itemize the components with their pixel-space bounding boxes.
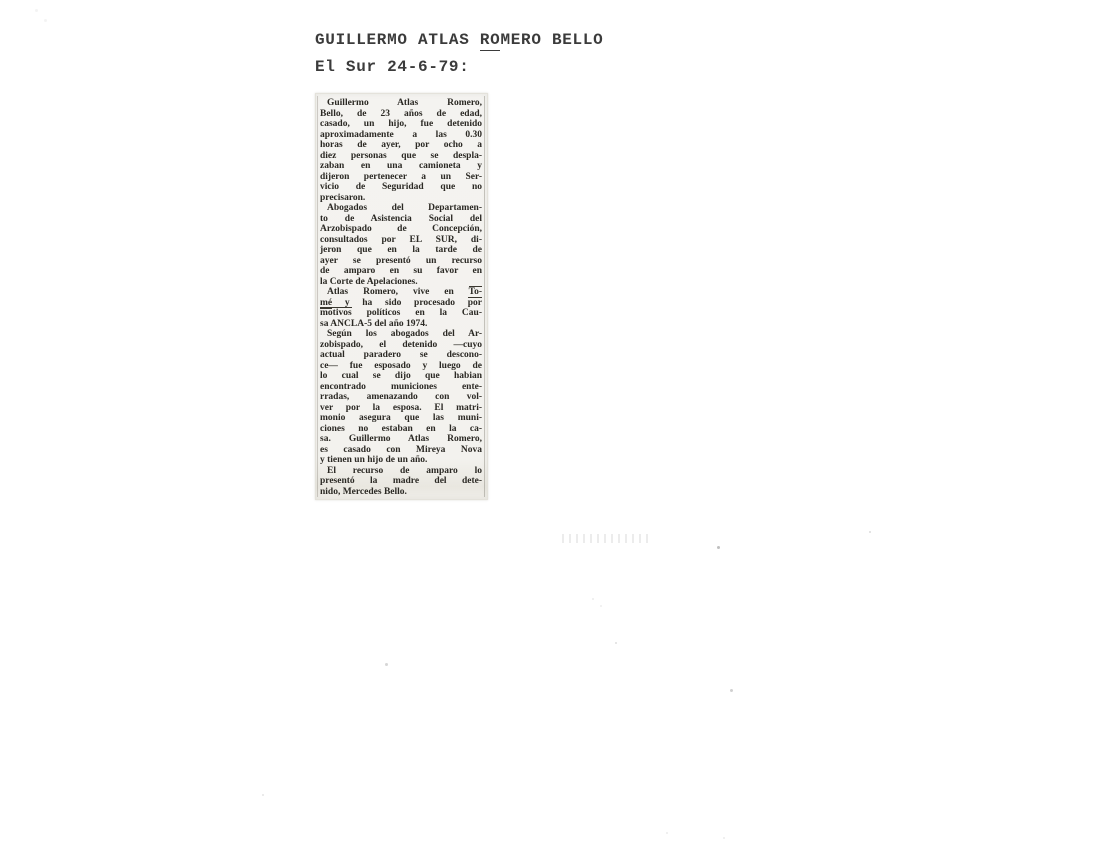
clipping-line: ce— fue esposado y luego de	[320, 361, 482, 372]
clipping-line: dijeron pertenecer a un Ser-	[320, 172, 482, 183]
clipping-line: El recurso de amparo lo	[320, 466, 482, 477]
scan-artifact	[869, 531, 871, 533]
text-segment: encontrado municiones ente-	[320, 382, 482, 392]
marked-text: por	[468, 297, 482, 308]
clipping-line: Atlas Romero, vive en To-	[320, 287, 482, 298]
text-segment: Arzobispado de Concepción,	[320, 224, 482, 234]
clipping-line: zobispado, el detenido —cuyo	[320, 340, 482, 351]
title-part-pre: GUILLERMO ATLAS	[315, 31, 480, 49]
text-segment: es casado con Mireya Nova	[320, 445, 482, 455]
clipping-line: casado, un hijo, fue detenido	[320, 119, 482, 130]
clipping-line: la Corte de Apelaciones.	[320, 277, 482, 288]
text-segment: vicio de Seguridad que no	[320, 182, 482, 192]
clipping-line: rradas, amenazando con vol-	[320, 392, 482, 403]
scan-artifact	[615, 642, 617, 644]
text-segment: Abogados del Departamen-	[327, 203, 482, 213]
text-segment: ver por la esposa. El matri-	[320, 403, 482, 413]
clipping-line: aproximadamente a las 0.30	[320, 130, 482, 141]
clipping-line: Abogados del Departamen-	[320, 203, 482, 214]
text-segment: zobispado, el detenido —cuyo	[320, 340, 482, 350]
scan-artifact	[385, 663, 388, 666]
clipping-line: sa. Guillermo Atlas Romero,	[320, 434, 482, 445]
text-segment: Atlas Romero, vive en	[327, 287, 469, 297]
scan-artifact	[730, 689, 733, 692]
clipping-line: diez personas que se despla-	[320, 151, 482, 162]
clipping-line: de amparo en su favor en	[320, 266, 482, 277]
clipping-line: es casado con Mireya Nova	[320, 445, 482, 456]
marked-text: To-	[469, 286, 482, 297]
title-part-underlined: RO	[480, 31, 501, 51]
text-segment: políticos en la Cau-	[352, 308, 482, 318]
text-segment: Según los abogados del Ar-	[327, 329, 482, 339]
text-segment: El recurso de amparo lo	[327, 466, 482, 476]
text-segment: dijeron pertenecer a un Ser-	[320, 172, 482, 182]
text-segment: diez personas que se despla-	[320, 151, 482, 161]
clipping-line: nido, Mercedes Bello.	[320, 487, 482, 498]
news-clipping: Guillermo Atlas Romero,Bello, de 23 años…	[315, 93, 488, 500]
text-segment: sa ANCLA-5 del año 1974.	[320, 319, 427, 329]
text-segment: zaban en una camioneta y	[320, 161, 482, 171]
text-segment: ce— fue esposado y luego de	[320, 361, 482, 371]
text-segment: Bello, de 23 años de edad,	[320, 109, 482, 119]
scan-artifact	[592, 598, 594, 600]
text-segment: rradas, amenazando con vol-	[320, 392, 482, 402]
scan-artifact	[717, 546, 720, 549]
clipping-line: vicio de Seguridad que no	[320, 182, 482, 193]
scan-artifact	[35, 9, 38, 12]
clipping-line: ciones no estaban en la ca-	[320, 424, 482, 435]
clipping-line: sa ANCLA-5 del año 1974.	[320, 319, 482, 330]
scan-artifact	[262, 794, 264, 796]
scan-artifact	[666, 832, 668, 834]
text-segment: actual paradero se descono-	[320, 350, 482, 360]
clipping-line: Arzobispado de Concepción,	[320, 224, 482, 235]
text-segment: precisaron.	[320, 193, 365, 203]
clipping-line: to de Asistencia Social del	[320, 214, 482, 225]
clipping-line: jeron que en la tarde de	[320, 245, 482, 256]
clipping-line: Bello, de 23 años de edad,	[320, 109, 482, 120]
text-segment: presentó la madre del dete-	[320, 476, 482, 486]
scan-artifact	[723, 837, 725, 839]
text-segment: y tienen un hijo de un año.	[320, 455, 427, 465]
clipping-line: horas de ayer, por ocho a	[320, 140, 482, 151]
text-segment: nido, Mercedes Bello.	[320, 487, 407, 497]
scanned-page: GUILLERMO ATLAS ROMERO BELLO El Sur 24-6…	[0, 0, 1100, 850]
text-segment: lo cual se dijo que habian	[320, 371, 482, 381]
clipping-line: ver por la esposa. El matri-	[320, 403, 482, 414]
text-segment: ayer se presentó un recurso	[320, 256, 482, 266]
clipping-line: precisaron.	[320, 193, 482, 204]
clipping-line: Según los abogados del Ar-	[320, 329, 482, 340]
text-segment: to de Asistencia Social del	[320, 214, 482, 224]
marked-text: motivos	[320, 307, 352, 318]
text-segment: horas de ayer, por ocho a	[320, 140, 482, 150]
clipping-line: consultados por EL SUR, di-	[320, 235, 482, 246]
text-segment: ciones no estaban en la ca-	[320, 424, 482, 434]
text-segment: de amparo en su favor en	[320, 266, 482, 276]
clipping-line: actual paradero se descono-	[320, 350, 482, 361]
clipping-column: Guillermo Atlas Romero,Bello, de 23 años…	[320, 98, 482, 497]
text-segment: jeron que en la tarde de	[320, 245, 482, 255]
scan-artifact	[562, 534, 650, 543]
page-title: GUILLERMO ATLAS ROMERO BELLO	[315, 30, 603, 50]
text-segment: aproximadamente a las 0.30	[320, 130, 482, 140]
text-segment: casado, un hijo, fue detenido	[320, 119, 482, 129]
clipping-line: encontrado municiones ente-	[320, 382, 482, 393]
clipping-line: zaban en una camioneta y	[320, 161, 482, 172]
clipping-line: Guillermo Atlas Romero,	[320, 98, 482, 109]
text-segment: la Corte de Apelaciones.	[320, 277, 418, 287]
source-date-line: El Sur 24-6-79:	[315, 57, 603, 77]
scan-artifact	[600, 605, 602, 607]
typewritten-header: GUILLERMO ATLAS ROMERO BELLO El Sur 24-6…	[315, 30, 603, 77]
clipping-line: ayer se presentó un recurso	[320, 256, 482, 267]
clipping-line: presentó la madre del dete-	[320, 476, 482, 487]
text-segment: consultados por EL SUR, di-	[320, 235, 482, 245]
clipping-line: monio asegura que las muni-	[320, 413, 482, 424]
text-segment: monio asegura que las muni-	[320, 413, 482, 423]
title-part-post: MERO BELLO	[500, 31, 603, 49]
text-segment: y ha sido procesado	[332, 298, 468, 308]
clipping-line: lo cual se dijo que habian	[320, 371, 482, 382]
text-segment: sa. Guillermo Atlas Romero,	[320, 434, 482, 444]
text-segment: Guillermo Atlas Romero,	[327, 98, 482, 108]
scan-artifact	[44, 19, 47, 22]
clipping-line: y tienen un hijo de un año.	[320, 455, 482, 466]
clipping-line: motivos políticos en la Cau-	[320, 308, 482, 319]
